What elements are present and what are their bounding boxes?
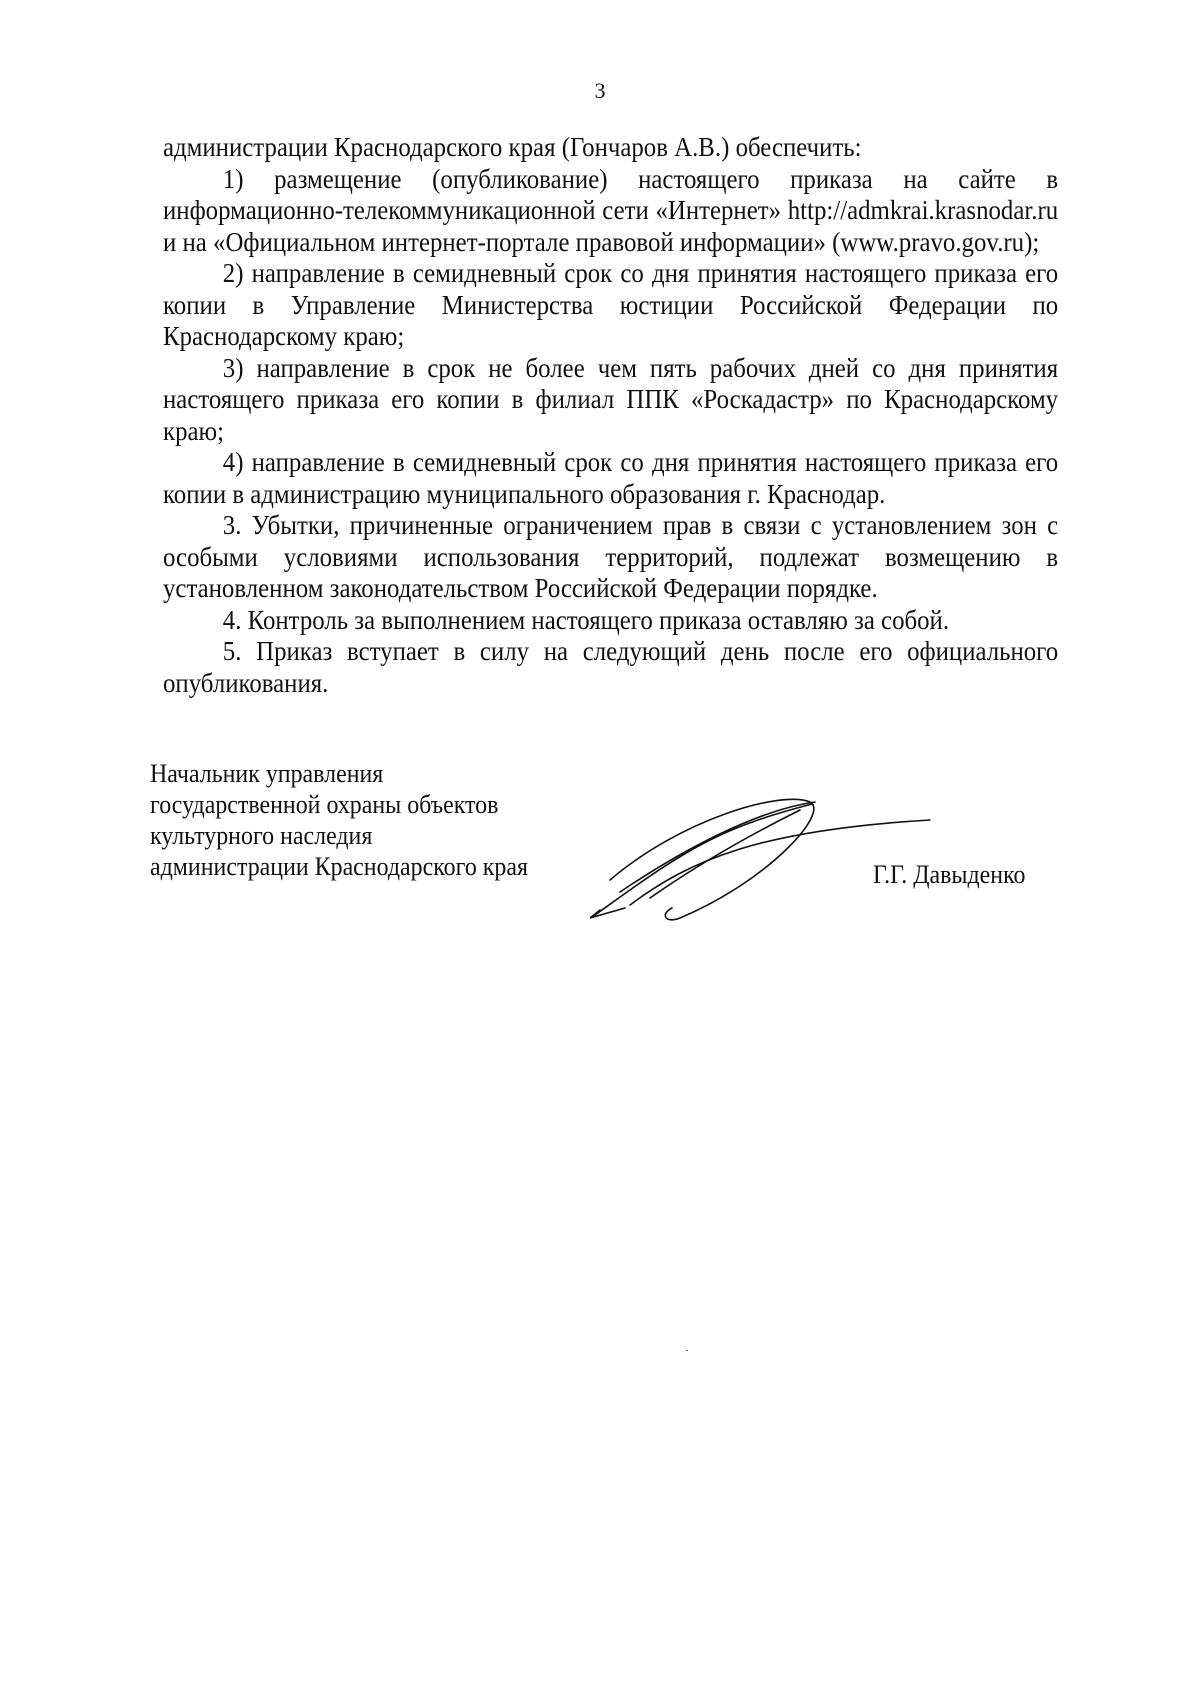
paragraph-clause-3: 3. Убытки, причиненные ограничением прав… xyxy=(163,510,1058,605)
document-body: администрации Краснодарского края (Гонча… xyxy=(163,132,1058,699)
position-line: государственной охраны объектов xyxy=(150,789,528,820)
position-line: администрации Краснодарского края xyxy=(150,851,528,882)
paragraph-item-1: 1) размещение (опубликование) настоящего… xyxy=(163,164,1058,259)
paragraph-intro: администрации Краснодарского края (Гонча… xyxy=(163,132,1058,164)
page-number: 3 xyxy=(0,78,1200,104)
position-line: Начальник управления xyxy=(150,758,528,789)
paragraph-item-2: 2) направление в семидневный срок со дня… xyxy=(163,258,1058,353)
paragraph-clause-5: 5. Приказ вступает в силу на следующий д… xyxy=(163,636,1058,699)
scan-artifact xyxy=(686,1350,688,1351)
paragraph-item-4: 4) направление в семидневный срок со дня… xyxy=(163,447,1058,510)
signatory-name: Г.Г. Давыденко xyxy=(873,860,1025,890)
paragraph-item-3: 3) направление в срок не более чем пять … xyxy=(163,353,1058,448)
position-line: культурного наследия xyxy=(150,820,528,851)
signatory-position: Начальник управления государственной охр… xyxy=(150,758,528,882)
paragraph-clause-4: 4. Контроль за выполнением настоящего пр… xyxy=(163,605,1058,637)
